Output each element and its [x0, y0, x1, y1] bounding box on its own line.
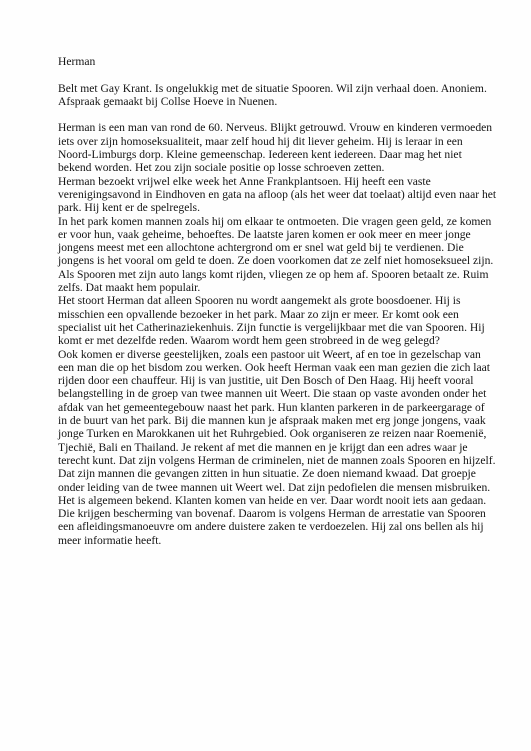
text-line: zelfs. Dat maakt hem populair. [58, 281, 478, 294]
text-line: Ook komen er diverse geestelijken, zoals… [58, 348, 478, 361]
text-line: Tjechië, Bali en Thailand. Je rekent af … [58, 441, 478, 454]
text-line: Noord-Limburgs dorp. Kleine gemeenschap.… [58, 148, 478, 161]
text-line: iets over zijn homoseksualiteit, maar ze… [58, 135, 478, 148]
text-line: in de buurt van het park. Bij die mannen… [58, 414, 478, 427]
text-line: park. Hij kent er de spelregels. [58, 201, 478, 214]
text-line: een afleidingsmanoeuvre om andere duiste… [58, 520, 478, 533]
text-line: Die krijgen bescherming van bovenaf. Daa… [58, 507, 478, 520]
text-line: jongens is het vooral om geld te doen. Z… [58, 254, 478, 267]
paragraph-spacer [58, 68, 478, 81]
text-line: meer informatie heeft. [58, 534, 478, 547]
text-line: Herman is een man van rond de 60. Nerveu… [58, 121, 478, 134]
text-line: belangstelling in de groep van twee mann… [58, 387, 478, 400]
document-page: Herman Belt met Gay Krant. Is ongelukkig… [58, 55, 478, 547]
text-line: bekend worden. Het zou zijn sociale posi… [58, 161, 478, 174]
document-title: Herman [58, 55, 478, 68]
text-line: Het stoort Herman dat alleen Spooren nu … [58, 294, 478, 307]
text-line: Het is algemeen bekend. Klanten komen va… [58, 494, 478, 507]
paragraph-spacer [58, 108, 478, 121]
text-line: een man die op het bisdom zou werken. Oo… [58, 361, 478, 374]
text-line: jongens meest met een allochtone achterg… [58, 241, 478, 254]
text-line: er voor hun, vaak geheime, behoeftes. De… [58, 228, 478, 241]
text-line: Afspraak gemaakt bij Collse Hoeve in Nue… [58, 95, 478, 108]
paragraph-body: Herman is een man van rond de 60. Nerveu… [58, 121, 478, 547]
text-line: jonge Turken en Marokkanen uit het Ruhrg… [58, 427, 478, 440]
text-line: komt er met dezelfde reden. Waarom wordt… [58, 334, 478, 347]
text-line: terecht kunt. Dat zijn volgens Herman de… [58, 454, 478, 467]
text-line: onder leiding van de twee mannen uit Wee… [58, 481, 478, 494]
paragraph-intro: Belt met Gay Krant. Is ongelukkig met de… [58, 82, 478, 109]
text-line: Dat zijn mannen die gevangen zitten in h… [58, 467, 478, 480]
text-line: specialist uit het Catherinaziekenhuis. … [58, 321, 478, 334]
text-line: verenigingsavond in Eindhoven en gata na… [58, 188, 478, 201]
text-line: misschien een opvallende bezoeker in het… [58, 308, 478, 321]
text-line: afdak van het gemeentegebouw naast het p… [58, 401, 478, 414]
text-line: Herman bezoekt vrijwel elke week het Ann… [58, 175, 478, 188]
text-line: rijden door een chauffeur. Hij is van ju… [58, 374, 478, 387]
text-line: In het park komen mannen zoals hij om el… [58, 215, 478, 228]
text-line: Als Spooren met zijn auto langs komt rij… [58, 268, 478, 281]
text-line: Belt met Gay Krant. Is ongelukkig met de… [58, 82, 478, 95]
